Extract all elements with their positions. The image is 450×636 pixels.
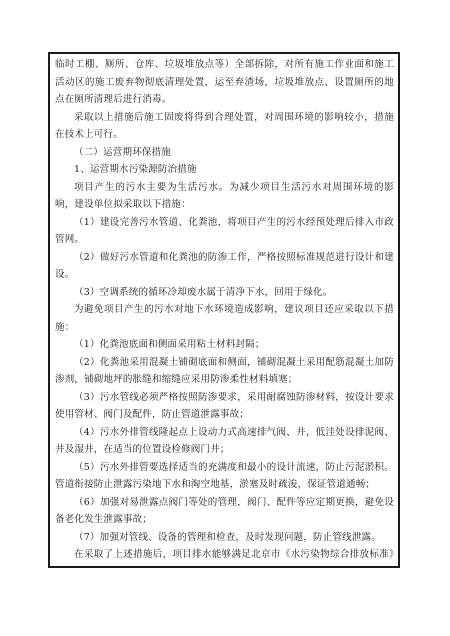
list-item-4b: （4）污水外排管线隆起点上设动力式高速排气阀、井，低洼处设排泥阀、井及湿井，在适… <box>55 424 394 459</box>
list-item-3: （3）空调系统的循环冷却废水属于清净下水，回用于绿化。 <box>55 284 394 302</box>
paragraph: 项目产生的污水主要为生活污水。为减少项目生活污水对周围环境的影响，建设单位拟采取… <box>55 179 394 214</box>
list-item-1b: （1）化粪池底面和侧面采用粘土材料封隔； <box>55 336 394 354</box>
paragraph-conclusion: 在采取了上述措施后，项目排水能够满足北京市《水污染物综合排放标准》（DB11/3… <box>55 546 394 568</box>
list-item-2b: （2）化粪池采用混凝土铺砌底面和侧面，铺砌混凝土采用配筋混凝土加防渗剂，铺砌地坪… <box>55 354 394 389</box>
subsection-heading-water: 1、运营期水污染源防治措施 <box>55 161 394 179</box>
document-cell: 临时工棚、厕所、仓库、垃圾堆放点等）全部拆除，对所有施工作业面和施工活动区的施工… <box>48 52 400 568</box>
list-item-1: （1）建设完善污水管道、化粪池，将项目产生的污水经预处理后排入市政管网。 <box>55 214 394 249</box>
list-item-7b: （7）加强对管线、设备的管理和检查，及时发现问题，防止管线泄露。 <box>55 529 394 547</box>
section-heading-2: （二）运营期环保措施 <box>55 144 394 162</box>
list-item-3b: （3）污水管线必须严格按照防渗要求，采用耐腐蚀防渗材料，按设计要求使用管材、阀门… <box>55 389 394 424</box>
list-item-5b: （5）污水外排管要选择适当的充满度和最小的设计流速，防止污泥淤积。管道衔接防止泄… <box>55 459 394 494</box>
paragraph: 采取以上措施后施工固废将得到合理处置，对周围环境的影响较小，措施在技术上可行。 <box>55 109 394 144</box>
list-item-2: （2）做好污水管道和化粪池的防渗工作，严格按照标准规范进行设计和建设。 <box>55 249 394 284</box>
paragraph-continuation: 临时工棚、厕所、仓库、垃圾堆放点等）全部拆除，对所有施工作业面和施工活动区的施工… <box>55 56 394 109</box>
list-item-6b: （6）加强对易泄露点阀门等处的管理，阀门、配件等应定期更换，避免设备老化发生泄露… <box>55 494 394 529</box>
paragraph: 为避免项目产生的污水对地下水环境造成影响，建议项目还应采取以下措施： <box>55 301 394 336</box>
